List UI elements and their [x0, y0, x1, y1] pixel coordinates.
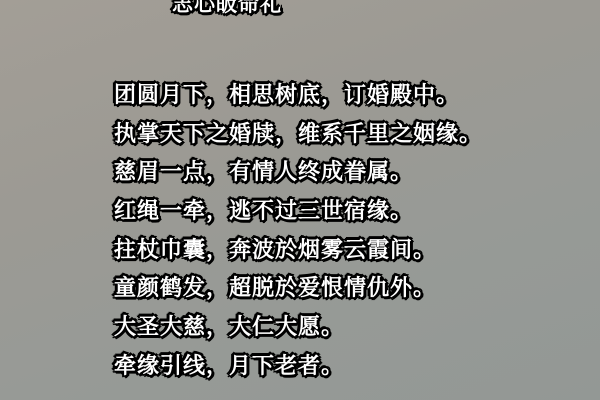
- verse-line: 大圣大慈，大仁大愿。: [114, 309, 482, 348]
- verse-line: 执掌天下之婚牍，维系千里之姻缘。: [114, 116, 482, 155]
- page-title: 志心皈命礼: [172, 0, 282, 18]
- text-image-canvas: 志心皈命礼 团圆月下，相思树底，订婚殿中。 执掌天下之婚牍，维系千里之姻缘。 慈…: [0, 0, 600, 400]
- verse-line: 童颜鹤发，超脱於爱恨情仇外。: [114, 270, 482, 309]
- verse-line: 拄杖巾囊，奔波於烟雾云霞间。: [114, 232, 482, 271]
- verse-line: 慈眉一点，有情人终成眷属。: [114, 154, 482, 193]
- verse-line: 团圆月下，相思树底，订婚殿中。: [114, 77, 482, 116]
- verse-line: 牵缘引线，月下老者。: [114, 348, 482, 387]
- verse-list: 团圆月下，相思树底，订婚殿中。 执掌天下之婚牍，维系千里之姻缘。 慈眉一点，有情…: [114, 77, 482, 387]
- verse-line: 红绳一牵，逃不过三世宿缘。: [114, 193, 482, 232]
